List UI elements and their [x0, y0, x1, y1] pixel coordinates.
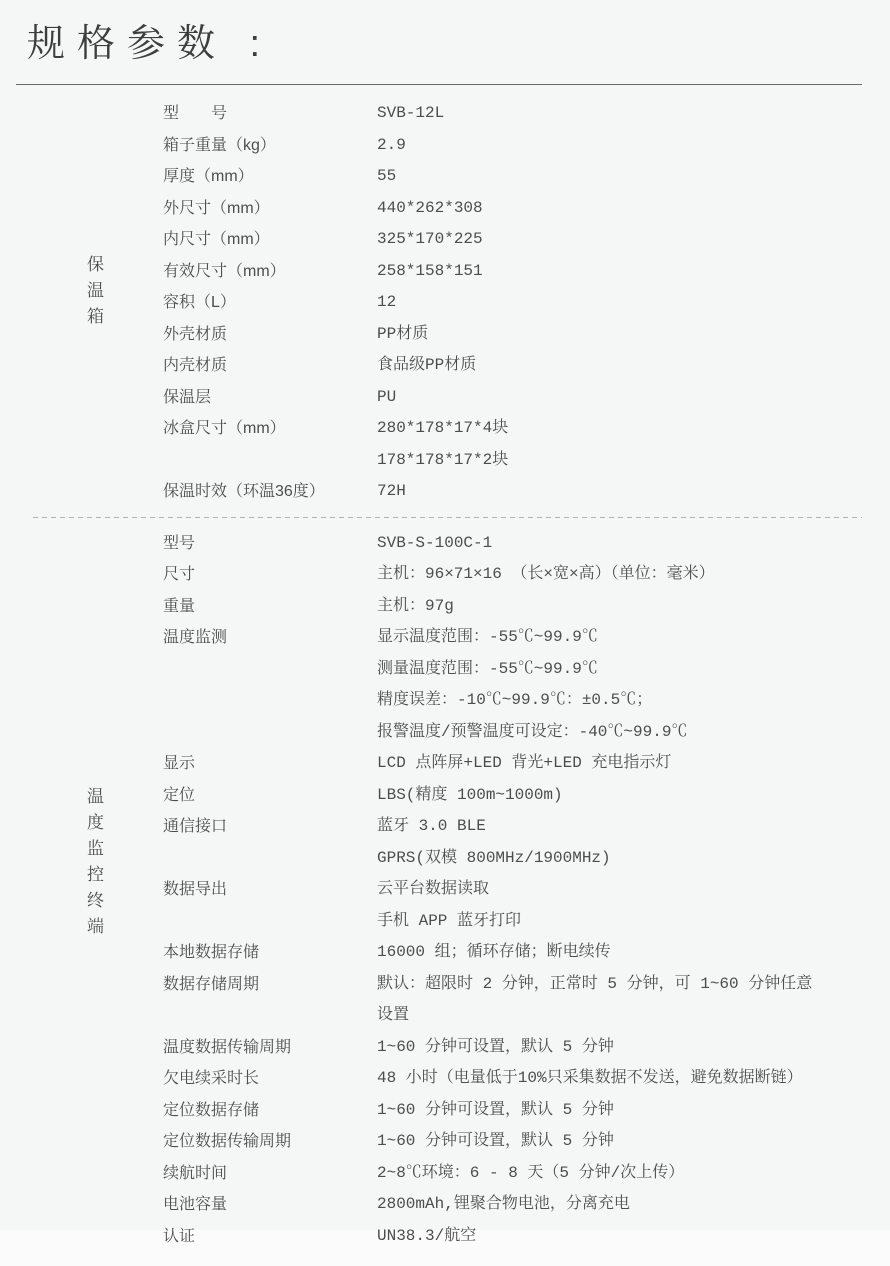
spec-row: 尺寸主机：96×71×16 （长×宽×高）（单位：毫米） [148, 559, 890, 591]
spec-param-value: SVB-12L [377, 98, 890, 130]
spec-param-value: 48 小时（电量低于10%只采集数据不发送，避免数据断链） [377, 1063, 890, 1095]
spec-param-name: 数据存储周期 [148, 969, 377, 1001]
spec-row: 手机 APP 蓝牙打印 [148, 906, 890, 938]
spec-param-name: 厚度（mm） [148, 161, 377, 193]
spec-row: 精度误差：-10℃~99.9℃：±0.5℃； [148, 685, 890, 717]
spec-rows: 型号SVB-S-100C-1尺寸主机：96×71×16 （长×宽×高）（单位：毫… [148, 528, 890, 1253]
spec-param-name: 冰盒尺寸（mm） [148, 413, 377, 445]
spec-row: 外壳材质PP材质 [148, 319, 890, 351]
spec-param-name: 尺寸 [148, 559, 377, 591]
spec-param-name: 箱子重量（kg） [148, 130, 377, 162]
spec-param-name [148, 906, 377, 938]
spec-row: 有效尺寸（mm）258*158*151 [148, 256, 890, 288]
spec-row: 定位数据传输周期1~60 分钟可设置，默认 5 分钟 [148, 1126, 890, 1158]
spec-param-name: 认证 [148, 1221, 377, 1253]
spec-section: 温 度 监 控 终 端 型号SVB-S-100C-1尺寸主机：96×71×16 … [0, 518, 890, 1253]
spec-rows: 型 号SVB-12L箱子重量（kg）2.9厚度（mm）55外尺寸（mm）440*… [148, 98, 890, 508]
spec-row: 保温时效（环温36度）72H [148, 476, 890, 508]
spec-row: 报警温度/预警温度可设定：-40℃~99.9℃ [148, 717, 890, 749]
spec-param-value: SVB-S-100C-1 [377, 528, 890, 560]
spec-param-name [148, 445, 377, 477]
spec-group-column: 保 温 箱 [0, 98, 148, 508]
spec-row: 箱子重量（kg）2.9 [148, 130, 890, 162]
spec-row: 型号SVB-S-100C-1 [148, 528, 890, 560]
spec-param-name: 有效尺寸（mm） [148, 256, 377, 288]
spec-param-name: 电池容量 [148, 1189, 377, 1221]
spec-param-name: 温度监测 [148, 622, 377, 654]
spec-param-value: 报警温度/预警温度可设定：-40℃~99.9℃ [377, 717, 890, 749]
spec-row: 容积（L）12 [148, 287, 890, 319]
spec-param-value: 440*262*308 [377, 193, 890, 225]
spec-row: 保温层PU [148, 382, 890, 414]
spec-param-name: 欠电续采时长 [148, 1063, 377, 1095]
spec-param-value: 1~60 分钟可设置，默认 5 分钟 [377, 1095, 890, 1127]
spec-row: 续航时间2~8℃环境：6 - 8 天（5 分钟/次上传） [148, 1158, 890, 1190]
spec-param-name: 保温时效（环温36度） [148, 476, 377, 508]
spec-param-name: 内壳材质 [148, 350, 377, 382]
spec-section: 保 温 箱 型 号SVB-12L箱子重量（kg）2.9厚度（mm）55外尺寸（m… [0, 85, 890, 517]
spec-param-value: 食品级PP材质 [377, 350, 890, 382]
spec-row: 定位LBS(精度 100m~1000m) [148, 780, 890, 812]
spec-row: 型 号SVB-12L [148, 98, 890, 130]
spec-param-value: 精度误差：-10℃~99.9℃：±0.5℃； [377, 685, 890, 717]
spec-row: 重量主机：97g [148, 591, 890, 623]
spec-param-name [148, 843, 377, 875]
spec-param-value: 1~60 分钟可设置，默认 5 分钟 [377, 1032, 890, 1064]
spec-param-value: LBS(精度 100m~1000m) [377, 780, 890, 812]
spec-param-value: PU [377, 382, 890, 414]
spec-row: 设置 [148, 1000, 890, 1032]
spec-sheet: 规格参数 : 保 温 箱 型 号SVB-12L箱子重量（kg）2.9厚度（mm）… [0, 22, 890, 1252]
spec-row: 内壳材质食品级PP材质 [148, 350, 890, 382]
spec-param-name: 容积（L） [148, 287, 377, 319]
spec-row: 认证UN38.3/航空 [148, 1221, 890, 1253]
spec-param-name: 温度数据传输周期 [148, 1032, 377, 1064]
spec-param-name: 数据导出 [148, 874, 377, 906]
spec-param-value: LCD 点阵屏+LED 背光+LED 充电指示灯 [377, 748, 890, 780]
spec-param-value: PP材质 [377, 319, 890, 351]
spec-param-name [148, 654, 377, 686]
spec-param-name [148, 717, 377, 749]
spec-param-name: 外壳材质 [148, 319, 377, 351]
spec-row: 冰盒尺寸（mm）280*178*17*4块 [148, 413, 890, 445]
spec-row: 数据存储周期默认：超限时 2 分钟，正常时 5 分钟，可 1~60 分钟任意 [148, 969, 890, 1001]
spec-param-value: 手机 APP 蓝牙打印 [377, 906, 890, 938]
spec-param-value: 显示温度范围：-55℃~99.9℃ [377, 622, 890, 654]
spec-param-value: 2.9 [377, 130, 890, 162]
spec-param-value: 主机：97g [377, 591, 890, 623]
spec-param-value: 72H [377, 476, 890, 508]
spec-param-name: 定位数据存储 [148, 1095, 377, 1127]
spec-param-name: 定位 [148, 780, 377, 812]
page-title: 规格参数 : [27, 22, 890, 66]
spec-row: 外尺寸（mm）440*262*308 [148, 193, 890, 225]
spec-param-value: 12 [377, 287, 890, 319]
spec-param-name [148, 1000, 377, 1032]
spec-param-name: 定位数据传输周期 [148, 1126, 377, 1158]
spec-row: 定位数据存储1~60 分钟可设置，默认 5 分钟 [148, 1095, 890, 1127]
spec-row: 测量温度范围：-55℃~99.9℃ [148, 654, 890, 686]
spec-param-value: 测量温度范围：-55℃~99.9℃ [377, 654, 890, 686]
spec-param-value: 280*178*17*4块 [377, 413, 890, 445]
spec-param-name: 重量 [148, 591, 377, 623]
spec-param-name: 型 号 [148, 98, 377, 130]
spec-row: 通信接口蓝牙 3.0 BLE [148, 811, 890, 843]
spec-param-value: 16000 组；循环存储；断电续传 [377, 937, 890, 969]
spec-table: 保 温 箱 型 号SVB-12L箱子重量（kg）2.9厚度（mm）55外尺寸（m… [0, 85, 890, 1252]
spec-row: GPRS(双模 800MHz/1900MHz) [148, 843, 890, 875]
spec-group-column: 温 度 监 控 终 端 [0, 528, 148, 1253]
spec-param-name: 通信接口 [148, 811, 377, 843]
spec-param-value: UN38.3/航空 [377, 1221, 890, 1253]
spec-param-name [148, 685, 377, 717]
spec-row: 厚度（mm）55 [148, 161, 890, 193]
spec-row: 电池容量2800mAh,锂聚合物电池，分离充电 [148, 1189, 890, 1221]
spec-row: 178*178*17*2块 [148, 445, 890, 477]
spec-param-value: 2800mAh,锂聚合物电池，分离充电 [377, 1189, 890, 1221]
spec-param-value: 默认：超限时 2 分钟，正常时 5 分钟，可 1~60 分钟任意 [377, 969, 890, 1001]
spec-row: 温度数据传输周期1~60 分钟可设置，默认 5 分钟 [148, 1032, 890, 1064]
spec-param-name: 本地数据存储 [148, 937, 377, 969]
spec-param-name: 保温层 [148, 382, 377, 414]
spec-param-value: 1~60 分钟可设置，默认 5 分钟 [377, 1126, 890, 1158]
spec-row: 温度监测显示温度范围：-55℃~99.9℃ [148, 622, 890, 654]
spec-param-value: 325*170*225 [377, 224, 890, 256]
spec-param-value: 258*158*151 [377, 256, 890, 288]
spec-param-value: 55 [377, 161, 890, 193]
spec-row: 内尺寸（mm）325*170*225 [148, 224, 890, 256]
spec-param-value: 178*178*17*2块 [377, 445, 890, 477]
spec-param-name: 外尺寸（mm） [148, 193, 377, 225]
spec-param-name: 续航时间 [148, 1158, 377, 1190]
spec-param-value: 云平台数据读取 [377, 874, 890, 906]
spec-param-value: 主机：96×71×16 （长×宽×高）（单位：毫米） [377, 559, 890, 591]
spec-param-value: 2~8℃环境：6 - 8 天（5 分钟/次上传） [377, 1158, 890, 1190]
spec-param-name: 显示 [148, 748, 377, 780]
spec-row: 显示LCD 点阵屏+LED 背光+LED 充电指示灯 [148, 748, 890, 780]
spec-param-value: GPRS(双模 800MHz/1900MHz) [377, 843, 890, 875]
spec-group-label: 温 度 监 控 终 端 [87, 784, 104, 940]
spec-param-name: 型号 [148, 528, 377, 560]
spec-param-name: 内尺寸（mm） [148, 224, 377, 256]
spec-group-label: 保 温 箱 [87, 252, 104, 330]
spec-row: 欠电续采时长48 小时（电量低于10%只采集数据不发送，避免数据断链） [148, 1063, 890, 1095]
spec-row: 本地数据存储16000 组；循环存储；断电续传 [148, 937, 890, 969]
spec-param-value: 蓝牙 3.0 BLE [377, 811, 890, 843]
spec-param-value: 设置 [377, 1000, 890, 1032]
spec-row: 数据导出云平台数据读取 [148, 874, 890, 906]
